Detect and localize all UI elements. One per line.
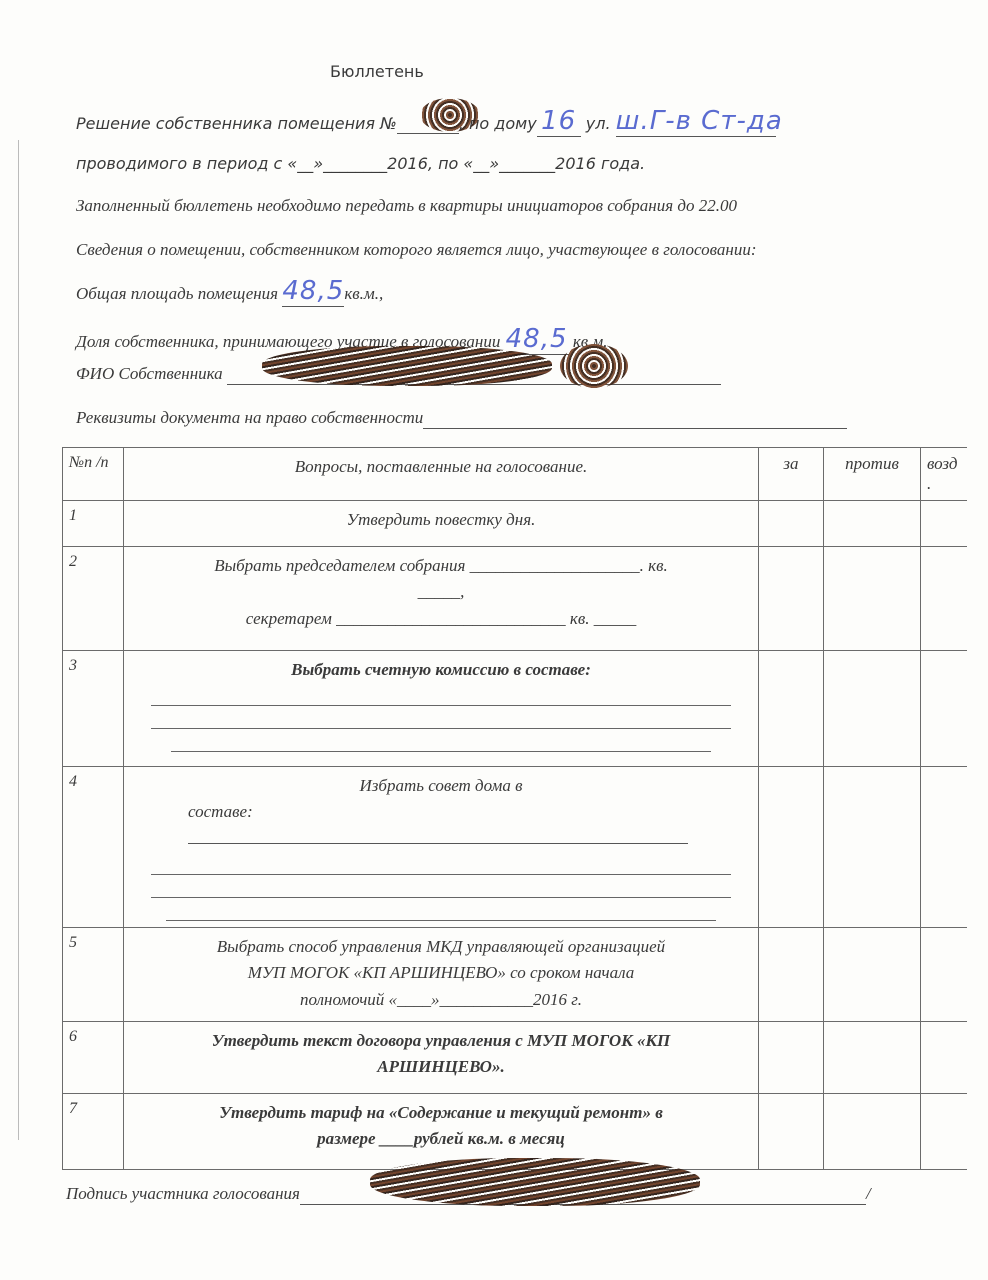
vote-against-cell[interactable] <box>824 928 921 1022</box>
row-question: Выбрать способ управления МКД управляюще… <box>124 928 759 1022</box>
question-line: Выбрать способ управления МКД управляюще… <box>130 934 752 960</box>
question-line: Выбрать председателем собрания _________… <box>130 553 752 579</box>
vote-against-cell[interactable] <box>824 767 921 928</box>
table-row: 2 Выбрать председателем собрания _______… <box>63 547 968 651</box>
commission-member-field[interactable] <box>171 743 711 752</box>
council-member-field[interactable] <box>166 912 716 921</box>
vote-against-cell[interactable] <box>824 1022 921 1094</box>
row-number: 4 <box>63 767 124 928</box>
total-area-value: 48,5 <box>282 276 344 306</box>
vote-abstain-cell[interactable] <box>921 651 968 767</box>
table-row: 3 Выбрать счетную комиссию в составе: <box>63 651 968 767</box>
question-line: АРШИНЦЕВО». <box>130 1054 752 1080</box>
ownership-doc-label: Реквизиты документа на право собственнос… <box>76 408 423 427</box>
total-area-label: Общая площадь помещения <box>76 284 278 303</box>
signature-end-mark: / <box>866 1184 871 1203</box>
row-number: 5 <box>63 928 124 1022</box>
ownership-doc-field[interactable] <box>423 408 847 429</box>
house-number-value: 16 <box>541 106 576 136</box>
owner-share-value: 48,5 <box>506 324 568 354</box>
house-number-field[interactable]: 16 <box>537 106 581 137</box>
street-label: ул. <box>586 114 611 133</box>
question-line: полномочий «____»___________2016 г. <box>130 987 752 1013</box>
council-member-field[interactable] <box>151 889 731 898</box>
council-member-field[interactable] <box>188 829 688 844</box>
vote-for-cell[interactable] <box>759 928 824 1022</box>
header-for: за <box>759 448 824 501</box>
question-line: Избрать совет дома в <box>130 773 752 799</box>
street-field[interactable]: ш.Г-в Ст-да <box>616 106 776 137</box>
redaction-owner-mark <box>560 344 628 388</box>
vote-against-cell[interactable] <box>824 1094 921 1170</box>
vote-abstain-cell[interactable] <box>921 501 968 547</box>
vote-abstain-cell[interactable] <box>921 547 968 651</box>
document-title: Бюллетень <box>330 62 424 81</box>
row-question: Выбрать председателем собрания _________… <box>124 547 759 651</box>
vote-abstain-cell[interactable] <box>921 1094 968 1170</box>
row-question: Утвердить повестку дня. <box>124 501 759 547</box>
vote-for-cell[interactable] <box>759 651 824 767</box>
vote-for-cell[interactable] <box>759 1094 824 1170</box>
vote-against-cell[interactable] <box>824 547 921 651</box>
question-line: Утвердить текст договора управления с МУ… <box>130 1028 752 1054</box>
question-line: _____, <box>130 579 752 605</box>
redaction-owner-name <box>262 346 552 386</box>
vote-against-cell[interactable] <box>824 651 921 767</box>
table-row: 4 Избрать совет дома в составе: <box>63 767 968 928</box>
total-area-unit: кв.м., <box>344 284 383 303</box>
question-line: составе: <box>130 799 752 852</box>
question-line: размере ____рублей кв.м. в месяц <box>130 1126 752 1152</box>
row-number: 3 <box>63 651 124 767</box>
vote-abstain-cell[interactable] <box>921 1022 968 1094</box>
row-question: Выбрать счетную комиссию в составе: <box>124 651 759 767</box>
council-member-field[interactable] <box>151 866 731 875</box>
question-line: Выбрать счетную комиссию в составе: <box>130 657 752 683</box>
question-line: секретарем ___________________________ к… <box>130 606 752 632</box>
instructions-line: Заполненный бюллетень необходимо передат… <box>76 196 737 216</box>
row-question: Утвердить текст договора управления с МУ… <box>124 1022 759 1094</box>
commission-member-field[interactable] <box>151 720 731 729</box>
total-area-line: Общая площадь помещения 48,5кв.м., <box>76 276 383 307</box>
signature-label: Подпись участника голосования <box>66 1184 300 1203</box>
table-header-row: №п /п Вопросы, поставленные на голосован… <box>63 448 968 501</box>
redaction-apartment <box>420 98 480 132</box>
decision-prefix: Решение собственника помещения № <box>76 114 397 133</box>
ownership-doc-line: Реквизиты документа на право собственнос… <box>76 408 847 429</box>
owner-name-label: ФИО Собственника <box>76 364 223 383</box>
row-question: Утвердить тариф на «Содержание и текущий… <box>124 1094 759 1170</box>
vote-for-cell[interactable] <box>759 1022 824 1094</box>
question-text: составе: <box>188 802 253 821</box>
period-line: проводимого в период с «__»________2016,… <box>76 154 645 173</box>
question-line: МУП МОГОК «КП АРШИНЦЕВО» со сроком начал… <box>130 960 752 986</box>
table-row: 5 Выбрать способ управления МКД управляю… <box>63 928 968 1022</box>
vote-for-cell[interactable] <box>759 547 824 651</box>
vote-abstain-cell[interactable] <box>921 928 968 1022</box>
redaction-signature <box>370 1158 700 1206</box>
table-row: 1 Утвердить повестку дня. <box>63 501 968 547</box>
street-value: ш.Г-в Ст-да <box>616 106 783 136</box>
row-number: 6 <box>63 1022 124 1094</box>
header-questions: Вопросы, поставленные на голосование. <box>124 448 759 501</box>
row-number: 1 <box>63 501 124 547</box>
table-row: 6 Утвердить текст договора управления с … <box>63 1022 968 1094</box>
row-question: Избрать совет дома в составе: <box>124 767 759 928</box>
vote-abstain-cell[interactable] <box>921 767 968 928</box>
header-against: против <box>824 448 921 501</box>
vote-against-cell[interactable] <box>824 501 921 547</box>
scan-margin-line <box>18 140 19 1140</box>
voting-table: №п /п Вопросы, поставленные на голосован… <box>62 447 967 1170</box>
commission-member-field[interactable] <box>151 697 731 706</box>
row-number: 2 <box>63 547 124 651</box>
header-abstain: возд . <box>921 448 968 501</box>
question-line: Утвердить тариф на «Содержание и текущий… <box>130 1100 752 1126</box>
total-area-field[interactable]: 48,5 <box>282 276 344 307</box>
premises-info-line: Сведения о помещении, собственником кото… <box>76 240 757 260</box>
vote-for-cell[interactable] <box>759 767 824 928</box>
header-number: №п /п <box>63 448 124 501</box>
row-number: 7 <box>63 1094 124 1170</box>
vote-for-cell[interactable] <box>759 501 824 547</box>
